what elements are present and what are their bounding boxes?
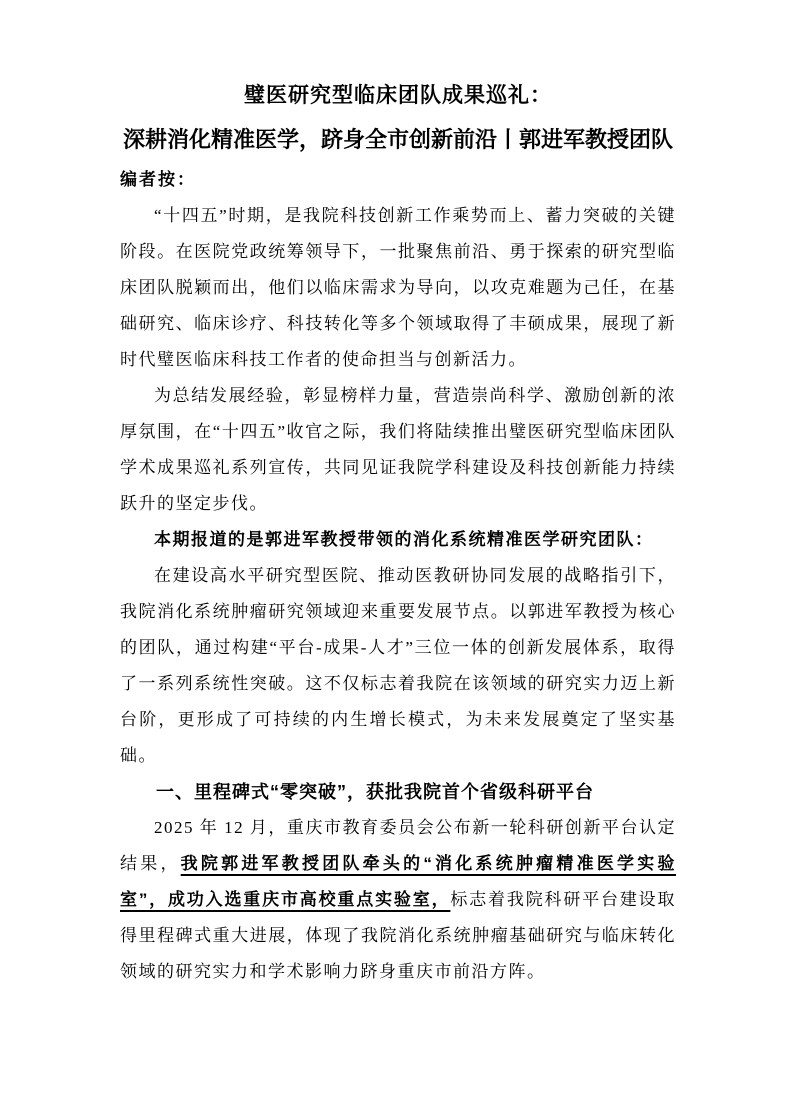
lead-statement: 本期报道的是郭进军教授带领的消化系统精准医学研究团队：	[120, 522, 676, 558]
section-1-heading: 一、里程碑式“零突破”，获批我院首个省级科研平台	[120, 774, 676, 810]
document-subtitle: 深耕消化精准医学，跻身全市创新前沿丨郭进军教授团队	[120, 125, 676, 155]
document-page: 璧医研究型临床团队成果巡礼： 深耕消化精准医学，跻身全市创新前沿丨郭进军教授团队…	[0, 0, 794, 1108]
section-1-paragraph: 2025 年 12 月，重庆市教育委员会公布新一轮科研创新平台认定结果，我院郭进…	[120, 810, 676, 990]
editor-note-paragraph-1: “十四五”时期，是我院科技创新工作乘势而上、蓄力突破的关键阶段。在医院党政统筹领…	[120, 198, 676, 378]
document-body: 编者按： “十四五”时期，是我院科技创新工作乘势而上、蓄力突破的关键阶段。在医院…	[120, 162, 676, 990]
editor-note-paragraph-2: 为总结发展经验，彰显榜样力量，营造崇尚科学、激励创新的浓厚氛围，在“十四五”收官…	[120, 378, 676, 522]
document-title: 璧医研究型临床团队成果巡礼：	[120, 0, 676, 109]
editor-note-label: 编者按：	[120, 162, 676, 198]
document-content: 璧医研究型临床团队成果巡礼： 深耕消化精准医学，跻身全市创新前沿丨郭进军教授团队…	[120, 0, 676, 990]
intro-paragraph: 在建设高水平研究型医院、推动医教研协同发展的战略指引下，我院消化系统肿瘤研究领域…	[120, 558, 676, 774]
